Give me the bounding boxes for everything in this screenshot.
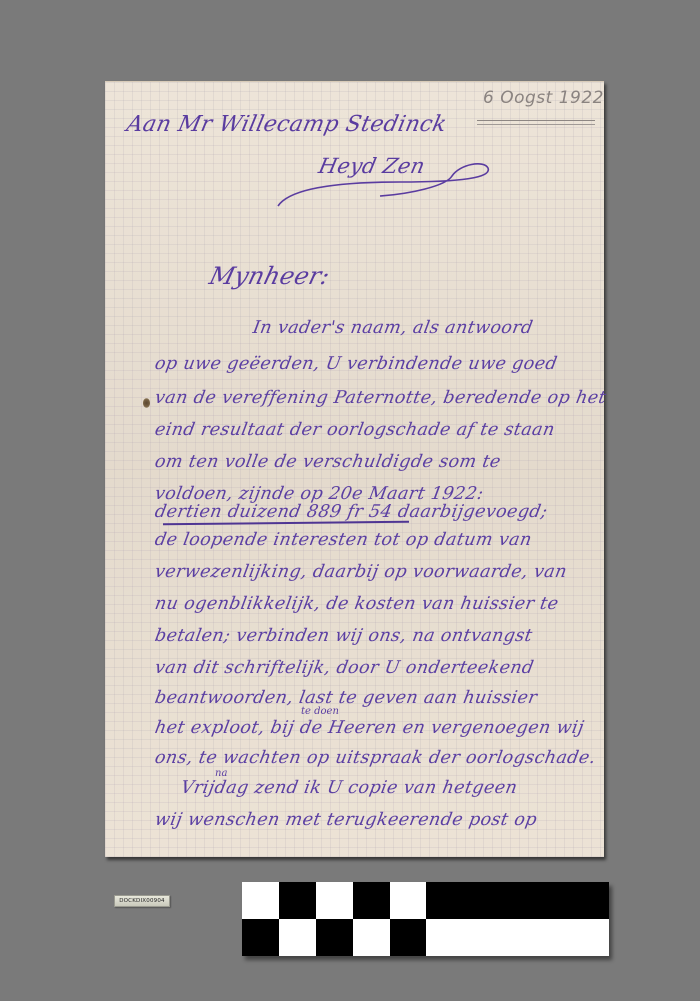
ink-blot-stain — [143, 398, 150, 408]
pencil-underline-secondary — [477, 124, 595, 125]
body-line-17: wij wenschen met terugkeerende post op — [153, 810, 538, 830]
body-line-16: Vrijdag zend ik U copie van hetgeen — [179, 778, 519, 798]
body-line-2: op uwe geëerden, U verbindende uwe goed — [153, 354, 559, 374]
calibration-cell — [353, 882, 390, 919]
calibration-cell — [353, 919, 390, 956]
calibration-cell — [279, 882, 316, 919]
body-line-7: dertien duizend 889 fr 54 daarbijgevoegd… — [153, 502, 549, 522]
letter-page: 6 Oogst 1922 Aan Mr Willecamp Stedinck H… — [105, 81, 604, 857]
body-line-8: de loopende interesten tot op datum van — [153, 530, 533, 550]
body-line-5: om ten volle de verschuldigde som te — [153, 452, 502, 472]
calibration-cell — [242, 919, 279, 956]
body-line-12: van dit schriftelijk, door U onderteeken… — [153, 658, 535, 678]
archive-label: DOCKDIX00904 — [114, 895, 170, 907]
calibration-cell — [426, 882, 609, 919]
body-line-11: betalen; verbinden wij ons, na ontvangst — [153, 626, 534, 646]
body-line-4: eind resultaat der oorlogschade af te st… — [153, 420, 556, 440]
calibration-cell — [390, 919, 426, 956]
address-line-1: Aan Mr Willecamp Stedinck — [124, 112, 449, 137]
insertion-te-doen: te doen — [301, 706, 339, 717]
body-line-10: nu ogenblikkelijk, de kosten van huissie… — [153, 594, 560, 614]
calibration-cell — [426, 919, 609, 956]
body-line-13: beantwoorden, last te geven aan huissier — [153, 688, 539, 708]
calibration-color-bar — [242, 882, 609, 956]
calibration-cell — [316, 919, 353, 956]
body-line-1: In vader's naam, als antwoord — [251, 318, 534, 338]
body-line-14: het exploot, bij de Heeren en vergenoege… — [153, 718, 585, 738]
calibration-cell — [242, 882, 279, 919]
calibration-cell — [279, 919, 316, 956]
body-line-15: ons, te wachten op uitspraak der oorlogs… — [153, 748, 597, 768]
salutation: Mynheer: — [207, 262, 333, 290]
body-line-9: verwezenlijking, daarbij op voorwaarde, … — [153, 562, 568, 582]
calibration-cell — [316, 882, 353, 919]
signature-flourish-icon — [270, 160, 500, 210]
body-line-6: voldoen, zijnde op 20e Maart 1922: — [153, 484, 485, 504]
body-line-3: van de vereffening Paternotte, beredende… — [153, 388, 608, 408]
archive-pencil-date: 6 Oogst 1922 — [483, 88, 604, 108]
calibration-cell — [390, 882, 426, 919]
pencil-underline — [477, 120, 595, 121]
